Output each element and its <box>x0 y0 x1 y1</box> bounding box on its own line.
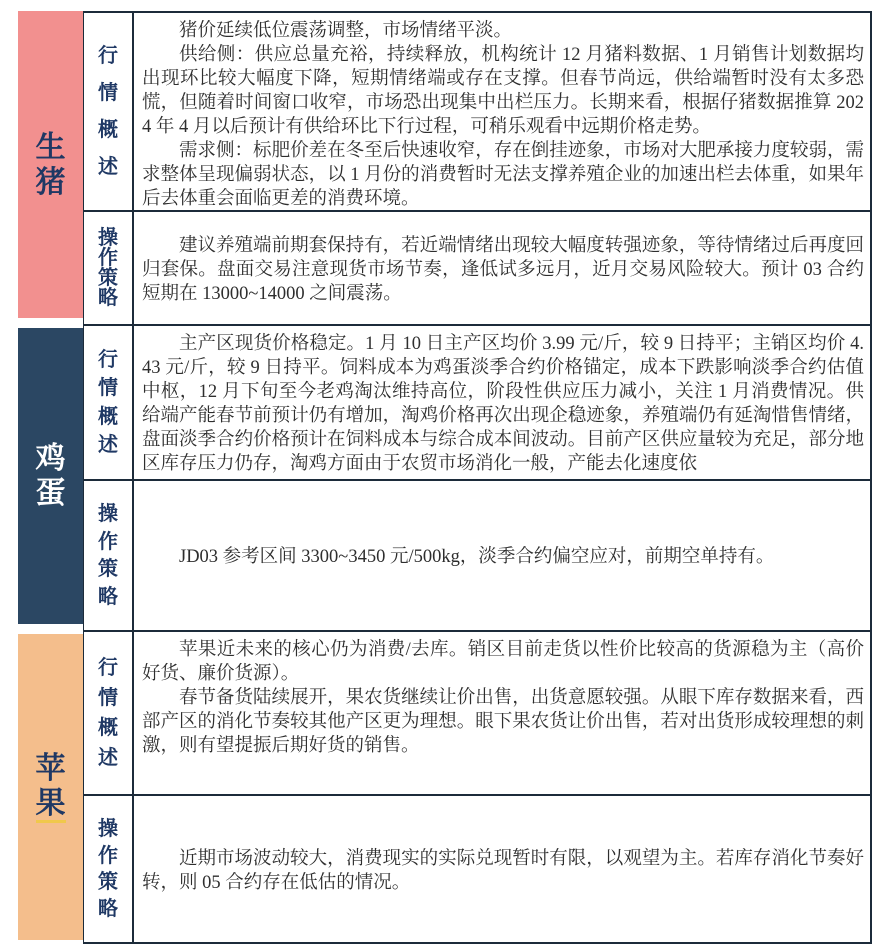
overview-label-char: 情 <box>98 688 118 708</box>
overview-content: 主产区现货价格稳定。1 月 10 日主产区均价 3.99 元/斤，较 9 日持平… <box>134 326 870 479</box>
strategy-label-char: 操 <box>98 819 118 839</box>
paragraph: 近期市场波动较大，消费现实的实际兑现暂时有限，以观望为主。若库存消化节奏好转，则… <box>142 847 864 895</box>
overview-label-char: 述 <box>98 435 118 455</box>
strategy-row-label: 操作策略 <box>84 481 134 630</box>
strategy-row: 操作策略 近期市场波动较大，消费现实的实际兑现暂时有限，以观望为主。若库存消化节… <box>84 794 870 942</box>
category-char: 苹 <box>36 752 66 785</box>
overview-label-char: 行 <box>98 46 118 66</box>
strategy-content: JD03 参考区间 3300~3450 元/500kg，淡季合约偏空应对，前期空… <box>134 481 870 630</box>
category-char: 鸡 <box>36 442 66 475</box>
overview-row-label: 行情概述 <box>84 326 134 479</box>
strategy-content: 建议养殖端前期套保持有，若近端情绪出现较大幅度转强迹象，等待情绪过后再度回归套保… <box>134 212 870 324</box>
strategy-row: 操作策略 建议养殖端前期套保持有，若近端情绪出现较大幅度转强迹象，等待情绪过后再… <box>84 210 870 324</box>
overview-label-char: 情 <box>98 378 118 398</box>
futures-daily-report-table: 生猪 行情概述 猪价延续低位震荡调整，市场情绪平淡。供给侧：供应总量充裕，持续释… <box>18 11 872 944</box>
paragraph: 供给侧：供应总量充裕，持续释放，机构统计 12 月猪料数据、1 月销售计划数据均… <box>142 43 864 139</box>
strategy-label-char: 略 <box>98 288 118 308</box>
section-rows: 行情概述 主产区现货价格稳定。1 月 10 日主产区均价 3.99 元/斤，较 … <box>83 324 872 630</box>
paragraph: 春节备货陆续展开，果农货继续让价出售，出货意愿较强。从眼下库存数据来看，西部产区… <box>142 686 864 758</box>
overview-row-label: 行情概述 <box>84 13 134 210</box>
strategy-label-char: 作 <box>98 846 118 866</box>
strategy-row-label: 操作策略 <box>84 212 134 324</box>
overview-label-char: 概 <box>98 407 118 427</box>
commodity-section: 苹果 行情概述 苹果近未来的核心仍为消费/去库。销区目前走货以性价比较高的货源稳… <box>18 630 872 944</box>
overview-label-char: 行 <box>98 658 118 678</box>
overview-row: 行情概述 苹果近未来的核心仍为消费/去库。销区目前走货以性价比较高的货源稳为主（… <box>84 632 870 794</box>
overview-label-char: 行 <box>98 350 118 370</box>
overview-label-char: 述 <box>98 157 118 177</box>
strategy-label-char: 略 <box>98 899 118 919</box>
category-band-live-hog: 生猪 <box>18 11 83 318</box>
strategy-row: 操作策略 JD03 参考区间 3300~3450 元/500kg，淡季合约偏空应… <box>84 479 870 630</box>
overview-label-char: 概 <box>98 120 118 140</box>
paragraph: 主产区现货价格稳定。1 月 10 日主产区均价 3.99 元/斤，较 9 日持平… <box>142 332 864 476</box>
section-rows: 行情概述 猪价延续低位震荡调整，市场情绪平淡。供给侧：供应总量充裕，持续释放，机… <box>83 11 872 324</box>
strategy-label-char: 操 <box>98 228 118 248</box>
overview-label-char: 概 <box>98 718 118 738</box>
paragraph: 猪价延续低位震荡调整，市场情绪平淡。 <box>142 19 864 43</box>
section-rows: 行情概述 苹果近未来的核心仍为消费/去库。销区目前走货以性价比较高的货源稳为主（… <box>83 630 872 944</box>
overview-content: 苹果近未来的核心仍为消费/去库。销区目前走货以性价比较高的货源稳为主（高价好货、… <box>134 632 870 794</box>
paragraph: 需求侧：标肥价差在冬至后快速收窄，存在倒挂迹象，市场对大肥承接力度较弱，需求整体… <box>142 139 864 210</box>
paragraph: JD03 参考区间 3300~3450 元/500kg，淡季合约偏空应对，前期空… <box>142 545 864 569</box>
category-band-egg: 鸡蛋 <box>18 328 83 624</box>
strategy-label-char: 作 <box>98 532 118 552</box>
strategy-content: 近期市场波动较大，消费现实的实际兑现暂时有限，以观望为主。若库存消化节奏好转，则… <box>134 796 870 942</box>
strategy-label-char: 策 <box>98 872 118 892</box>
strategy-label-char: 操 <box>98 504 118 524</box>
commodity-section: 鸡蛋 行情概述 主产区现货价格稳定。1 月 10 日主产区均价 3.99 元/斤… <box>18 324 872 630</box>
strategy-row-label: 操作策略 <box>84 796 134 942</box>
overview-row: 行情概述 猪价延续低位震荡调整，市场情绪平淡。供给侧：供应总量充裕，持续释放，机… <box>84 13 870 210</box>
overview-row-label: 行情概述 <box>84 632 134 794</box>
category-char: 蛋 <box>36 477 66 510</box>
category-char: 生 <box>36 131 66 164</box>
overview-content: 猪价延续低位震荡调整，市场情绪平淡。供给侧：供应总量充裕，持续释放，机构统计 1… <box>134 13 870 210</box>
category-char-underlined: 果 <box>36 787 66 823</box>
strategy-label-char: 策 <box>98 559 118 579</box>
overview-label-char: 述 <box>98 748 118 768</box>
strategy-label-char: 策 <box>98 268 118 288</box>
category-char: 猪 <box>36 166 66 199</box>
commodity-section: 生猪 行情概述 猪价延续低位震荡调整，市场情绪平淡。供给侧：供应总量充裕，持续释… <box>18 11 872 324</box>
paragraph: 苹果近未来的核心仍为消费/去库。销区目前走货以性价比较高的货源稳为主（高价好货、… <box>142 638 864 686</box>
category-band-apple: 苹果 <box>18 634 83 940</box>
overview-label-char: 情 <box>98 83 118 103</box>
overview-row: 行情概述 主产区现货价格稳定。1 月 10 日主产区均价 3.99 元/斤，较 … <box>84 326 870 479</box>
strategy-label-char: 略 <box>98 587 118 607</box>
paragraph: 建议养殖端前期套保持有，若近端情绪出现较大幅度转强迹象，等待情绪过后再度回归套保… <box>142 234 864 306</box>
strategy-label-char: 作 <box>98 248 118 268</box>
